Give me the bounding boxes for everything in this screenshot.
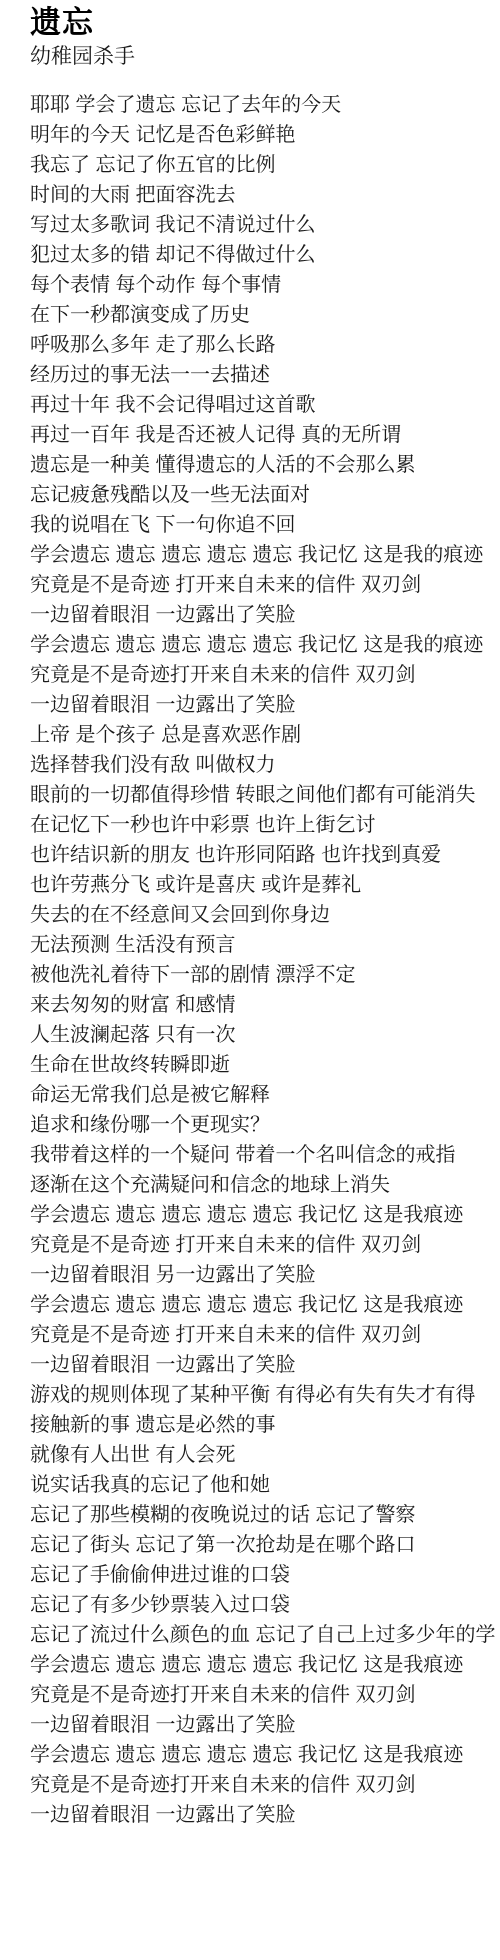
- lyric-line: 学会遗忘 遗忘 遗忘 遗忘 遗忘 我记忆 这是我的痕迹: [30, 630, 500, 660]
- lyric-line: 也许结识新的朋友 也许形同陌路 也许找到真爱: [30, 840, 500, 870]
- lyric-line: 究竟是不是奇迹打开来自未来的信件 双刃剑: [30, 1770, 500, 1800]
- lyric-line: 一边留着眼泪 一边露出了笑脸: [30, 1350, 500, 1380]
- lyric-line: 无法预测 生活没有预言: [30, 930, 500, 960]
- lyric-line: 一边留着眼泪 一边露出了笑脸: [30, 1710, 500, 1740]
- lyric-line: 明年的今天 记忆是否色彩鲜艳: [30, 120, 500, 150]
- lyric-line: 说实话我真的忘记了他和她: [30, 1470, 500, 1500]
- lyric-line: 忘记了有多少钞票装入过口袋: [30, 1590, 500, 1620]
- lyric-line: 被他洗礼着待下一部的剧情 漂浮不定: [30, 960, 500, 990]
- lyric-line: 就像有人出世 有人会死: [30, 1440, 500, 1470]
- lyric-line: 究竟是不是奇迹 打开来自未来的信件 双刃剑: [30, 570, 500, 600]
- lyric-line: 学会遗忘 遗忘 遗忘 遗忘 遗忘 我记忆 这是我痕迹: [30, 1200, 500, 1230]
- lyric-line: 一边留着眼泪 一边露出了笑脸: [30, 690, 500, 720]
- lyric-line: 时间的大雨 把面容洗去: [30, 180, 500, 210]
- lyric-line: 遗忘是一种美 懂得遗忘的人活的不会那么累: [30, 450, 500, 480]
- lyrics-page: 遗忘 幼稚园杀手 耶耶 学会了遗忘 忘记了去年的今天明年的今天 记忆是否色彩鲜艳…: [0, 0, 500, 1830]
- lyric-line: 追求和缘份哪一个更现实？: [30, 1110, 500, 1140]
- lyric-line: 忘记了那些模糊的夜晚说过的话 忘记了警察: [30, 1500, 500, 1530]
- song-title: 遗忘: [30, 6, 500, 40]
- lyric-line: 一边留着眼泪 另一边露出了笑脸: [30, 1260, 500, 1290]
- lyric-line: 选择替我们没有敌 叫做权力: [30, 750, 500, 780]
- lyric-line: 学会遗忘 遗忘 遗忘 遗忘 遗忘 我记忆 这是我痕迹: [30, 1740, 500, 1770]
- lyric-line: 学会遗忘 遗忘 遗忘 遗忘 遗忘 我记忆 这是我的痕迹: [30, 540, 500, 570]
- lyric-line: 再过十年 我不会记得唱过这首歌: [30, 390, 500, 420]
- lyric-line: 经历过的事无法一一去描述: [30, 360, 500, 390]
- lyric-line: 究竟是不是奇迹打开来自未来的信件 双刃剑: [30, 660, 500, 690]
- lyric-line: 每个表情 每个动作 每个事情: [30, 270, 500, 300]
- lyric-line: 命运无常我们总是被它解释: [30, 1080, 500, 1110]
- lyric-line: 在记忆下一秒也许中彩票 也许上街乞讨: [30, 810, 500, 840]
- lyric-line: 究竟是不是奇迹打开来自未来的信件 双刃剑: [30, 1680, 500, 1710]
- lyric-line: 游戏的规则体现了某种平衡 有得必有失有失才有得: [30, 1380, 500, 1410]
- lyric-line: 上帝 是个孩子 总是喜欢恶作剧: [30, 720, 500, 750]
- lyric-line: 究竟是不是奇迹 打开来自未来的信件 双刃剑: [30, 1230, 500, 1260]
- lyric-line: 一边留着眼泪 一边露出了笑脸: [30, 1800, 500, 1830]
- artist-name: 幼稚园杀手: [30, 46, 500, 68]
- lyric-line: 再过一百年 我是否还被人记得 真的无所谓: [30, 420, 500, 450]
- lyric-line: 也许劳燕分飞 或许是喜庆 或许是葬礼: [30, 870, 500, 900]
- lyric-line: 学会遗忘 遗忘 遗忘 遗忘 遗忘 我记忆 这是我痕迹: [30, 1290, 500, 1320]
- lyric-line: 忘记疲惫残酷以及一些无法面对: [30, 480, 500, 510]
- lyric-line: 我的说唱在飞 下一句你追不回: [30, 510, 500, 540]
- lyrics-body: 耶耶 学会了遗忘 忘记了去年的今天明年的今天 记忆是否色彩鲜艳我忘了 忘记了你五…: [30, 90, 500, 1830]
- lyric-line: 忘记了流过什么颜色的血 忘记了自己上过多少年的学: [30, 1620, 500, 1650]
- lyric-line: 忘记了街头 忘记了第一次抢劫是在哪个路口: [30, 1530, 500, 1560]
- lyric-line: 耶耶 学会了遗忘 忘记了去年的今天: [30, 90, 500, 120]
- lyric-line: 来去匆匆的财富 和感情: [30, 990, 500, 1020]
- lyric-line: 接触新的事 遗忘是必然的事: [30, 1410, 500, 1440]
- lyric-line: 犯过太多的错 却记不得做过什么: [30, 240, 500, 270]
- lyric-line: 逐渐在这个充满疑问和信念的地球上消失: [30, 1170, 500, 1200]
- lyric-line: 写过太多歌词 我记不清说过什么: [30, 210, 500, 240]
- lyric-line: 究竟是不是奇迹 打开来自未来的信件 双刃剑: [30, 1320, 500, 1350]
- lyric-line: 一边留着眼泪 一边露出了笑脸: [30, 600, 500, 630]
- lyric-line: 忘记了手偷偷伸进过谁的口袋: [30, 1560, 500, 1590]
- lyric-line: 人生波澜起落 只有一次: [30, 1020, 500, 1050]
- lyric-line: 眼前的一切都值得珍惜 转眼之间他们都有可能消失: [30, 780, 500, 810]
- lyric-line: 我带着这样的一个疑问 带着一个名叫信念的戒指: [30, 1140, 500, 1170]
- lyric-line: 生命在世故终转瞬即逝: [30, 1050, 500, 1080]
- lyric-line: 失去的在不经意间又会回到你身边: [30, 900, 500, 930]
- lyric-line: 学会遗忘 遗忘 遗忘 遗忘 遗忘 我记忆 这是我痕迹: [30, 1650, 500, 1680]
- lyric-line: 我忘了 忘记了你五官的比例: [30, 150, 500, 180]
- lyric-line: 在下一秒都演变成了历史: [30, 300, 500, 330]
- lyric-line: 呼吸那么多年 走了那么长路: [30, 330, 500, 360]
